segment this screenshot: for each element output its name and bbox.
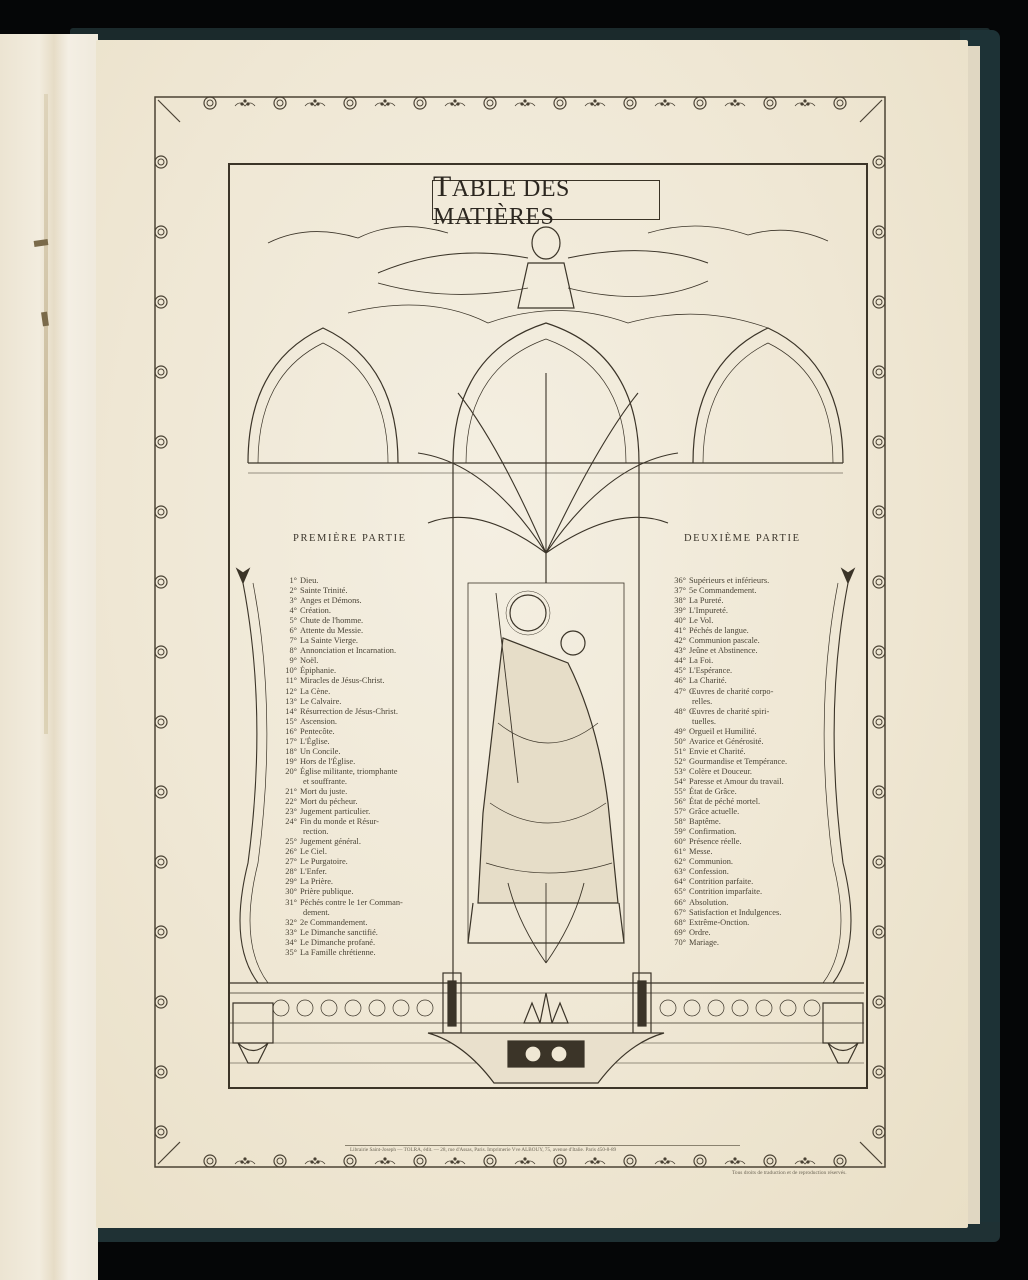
- toc-entry-number: 8°: [283, 646, 297, 656]
- toc-entry: 66°Absolution.: [672, 898, 787, 908]
- imprint-rule: [345, 1145, 740, 1146]
- toc-entry-number: 20°: [283, 767, 297, 777]
- toc-entry: 24°Fin du monde et Résur-: [283, 817, 403, 827]
- toc-entry-title: Mort du pécheur.: [300, 797, 357, 806]
- toc-entry-number: 31°: [283, 898, 297, 908]
- toc-entry: 53°Colère et Douceur.: [672, 767, 787, 777]
- toc-entry-number: 52°: [672, 757, 686, 767]
- toc-entry-number: 12°: [283, 687, 297, 697]
- toc-entry-title: Ordre.: [689, 928, 711, 937]
- page-title: TABLE DES MATIÈRES: [433, 170, 659, 231]
- toc-entry: 59°Confirmation.: [672, 827, 787, 837]
- toc-entry-number: 42°: [672, 636, 686, 646]
- toc-entry-title: La Prière.: [300, 877, 333, 886]
- toc-entry: 26°Le Ciel.: [283, 847, 403, 857]
- toc-entry-number: 23°: [283, 807, 297, 817]
- toc-entry-number: 69°: [672, 928, 686, 938]
- toc-entry: 40°Le Vol.: [672, 616, 787, 626]
- toc-entry-title: Chute de l'homme.: [300, 616, 363, 625]
- toc-entry-title: Jugement particulier.: [300, 807, 370, 816]
- toc-entry-title: Envie et Charité.: [689, 747, 746, 756]
- toc-entry-title: Pentecôte.: [300, 727, 335, 736]
- toc-entry-number: 17°: [283, 737, 297, 747]
- toc-entry-number: 30°: [283, 887, 297, 897]
- toc-entry-number: 56°: [672, 797, 686, 807]
- toc-entry-continuation: et souffrante.: [283, 777, 403, 787]
- toc-entry: 70°Mariage.: [672, 938, 787, 948]
- toc-entry-title: La Charité.: [689, 676, 727, 685]
- toc-entry-number: 61°: [672, 847, 686, 857]
- toc-entry-title: 5e Commandement.: [689, 586, 756, 595]
- deuxieme-partie-list: 36°Supérieurs et inférieurs.37°5e Comman…: [672, 576, 787, 948]
- toc-entry: 44°La Foi.: [672, 656, 787, 666]
- toc-entry: 47°Œuvres de charité corpo-: [672, 687, 787, 697]
- toc-entry-title: Mariage.: [689, 938, 719, 947]
- toc-entry-number: 45°: [672, 666, 686, 676]
- toc-entry-title: Résurrection de Jésus-Christ.: [300, 707, 398, 716]
- toc-entry: 42°Communion pascale.: [672, 636, 787, 646]
- toc-entry: 65°Contrition imparfaite.: [672, 887, 787, 897]
- toc-entry-continuation: rection.: [283, 827, 403, 837]
- toc-entry-number: 57°: [672, 807, 686, 817]
- toc-entry-title: Grâce actuelle.: [689, 807, 739, 816]
- toc-entry: 33°Le Dimanche sanctifié.: [283, 928, 403, 938]
- toc-entry: 37°5e Commandement.: [672, 586, 787, 596]
- toc-entry: 3°Anges et Démons.: [283, 596, 403, 606]
- toc-entry-title: Création.: [300, 606, 331, 615]
- toc-entry-number: 50°: [672, 737, 686, 747]
- toc-entry-title: Jeûne et Abstinence.: [689, 646, 758, 655]
- toc-entry-number: 60°: [672, 837, 686, 847]
- toc-entry-number: 32°: [283, 918, 297, 928]
- toc-entry-title: L'Enfer.: [300, 867, 327, 876]
- toc-entry: 30°Prière publique.: [283, 887, 403, 897]
- toc-entry-number: 3°: [283, 596, 297, 606]
- toc-entry-number: 33°: [283, 928, 297, 938]
- toc-entry-title: Contrition imparfaite.: [689, 887, 762, 896]
- toc-entry-title: L'Église.: [300, 737, 330, 746]
- toc-entry-title: Prière publique.: [300, 887, 354, 896]
- toc-entry-title: Messe.: [689, 847, 713, 856]
- toc-entry: 27°Le Purgatoire.: [283, 857, 403, 867]
- toc-entry: 34°Le Dimanche profané.: [283, 938, 403, 948]
- toc-entry: 32°2e Commandement.: [283, 918, 403, 928]
- toc-entry-title: Paresse et Amour du travail.: [689, 777, 784, 786]
- toc-entry: 36°Supérieurs et inférieurs.: [672, 576, 787, 586]
- left-page-edge: [0, 34, 98, 1280]
- toc-entry-title: Église militante, triomphante: [300, 767, 397, 776]
- toc-entry: 25°Jugement général.: [283, 837, 403, 847]
- toc-entry-title: Confession.: [689, 867, 729, 876]
- toc-entry-title: Mort du juste.: [300, 787, 347, 796]
- toc-entry: 12°La Cène.: [283, 687, 403, 697]
- toc-entry: 28°L'Enfer.: [283, 867, 403, 877]
- toc-entry-number: 29°: [283, 877, 297, 887]
- toc-entry: 68°Extrême-Onction.: [672, 918, 787, 928]
- toc-entry: 29°La Prière.: [283, 877, 403, 887]
- spine-crease: [44, 94, 48, 734]
- toc-entry-title: Fin du monde et Résur-: [300, 817, 379, 826]
- toc-entry-title: Communion.: [689, 857, 733, 866]
- title-scroll: TABLE DES MATIÈRES: [432, 180, 660, 220]
- toc-entry-title: La Cène.: [300, 687, 330, 696]
- toc-entry: 35°La Famille chrétienne.: [283, 948, 403, 958]
- toc-entry: 23°Jugement particulier.: [283, 807, 403, 817]
- toc-entry-number: 7°: [283, 636, 297, 646]
- toc-entry-title: État de péché mortel.: [689, 797, 760, 806]
- toc-entry-number: 25°: [283, 837, 297, 847]
- toc-entry-number: 6°: [283, 626, 297, 636]
- toc-entry: 5°Chute de l'homme.: [283, 616, 403, 626]
- toc-entry: 8°Annonciation et Incarnation.: [283, 646, 403, 656]
- toc-entry-number: 47°: [672, 687, 686, 697]
- toc-entry: 69°Ordre.: [672, 928, 787, 938]
- toc-entry-title: Anges et Démons.: [300, 596, 362, 605]
- rights-notice: Tous droits de traduction et de reproduc…: [732, 1170, 847, 1176]
- toc-entry-number: 53°: [672, 767, 686, 777]
- toc-entry-title: Miracles de Jésus-Christ.: [300, 676, 384, 685]
- toc-entry-number: 18°: [283, 747, 297, 757]
- toc-entry: 48°Œuvres de charité spiri-: [672, 707, 787, 717]
- toc-entry: 2°Sainte Trinité.: [283, 586, 403, 596]
- toc-entry-number: 21°: [283, 787, 297, 797]
- toc-entry: 19°Hors de l'Église.: [283, 757, 403, 767]
- toc-entry-number: 14°: [283, 707, 297, 717]
- toc-entry-number: 35°: [283, 948, 297, 958]
- toc-entry-number: 24°: [283, 817, 297, 827]
- toc-entry: 1°Dieu.: [283, 576, 403, 586]
- toc-entry: 43°Jeûne et Abstinence.: [672, 646, 787, 656]
- toc-entry-number: 34°: [283, 938, 297, 948]
- toc-entry-title: Un Concile.: [300, 747, 340, 756]
- toc-entry: 45°L'Espérance.: [672, 666, 787, 676]
- toc-entry-number: 13°: [283, 697, 297, 707]
- toc-entry: 52°Gourmandise et Tempérance.: [672, 757, 787, 767]
- toc-entry: 11°Miracles de Jésus-Christ.: [283, 676, 403, 686]
- toc-entry-number: 1°: [283, 576, 297, 586]
- toc-entry: 57°Grâce actuelle.: [672, 807, 787, 817]
- toc-entry-title: Dieu.: [300, 576, 318, 585]
- toc-entry-number: 41°: [672, 626, 686, 636]
- toc-entry-number: 70°: [672, 938, 686, 948]
- toc-entry-title: Œuvres de charité corpo-: [689, 687, 773, 696]
- toc-entry-number: 43°: [672, 646, 686, 656]
- toc-entry-number: 10°: [283, 666, 297, 676]
- premiere-partie-list: 1°Dieu.2°Sainte Trinité.3°Anges et Démon…: [283, 576, 403, 958]
- toc-entry-title: La Famille chrétienne.: [300, 948, 376, 957]
- toc-entry: 16°Pentecôte.: [283, 727, 403, 737]
- toc-entry: 21°Mort du juste.: [283, 787, 403, 797]
- toc-entry-number: 55°: [672, 787, 686, 797]
- toc-entry-number: 44°: [672, 656, 686, 666]
- toc-entry-number: 19°: [283, 757, 297, 767]
- toc-entry-number: 67°: [672, 908, 686, 918]
- toc-entry-title: État de Grâce.: [689, 787, 737, 796]
- toc-entry-number: 37°: [672, 586, 686, 596]
- toc-entry-number: 28°: [283, 867, 297, 877]
- toc-entry-title: Contrition parfaite.: [689, 877, 753, 886]
- toc-entry-title: L'Espérance.: [689, 666, 732, 675]
- toc-entry-title: La Pureté.: [689, 596, 723, 605]
- toc-entry-title: Colère et Douceur.: [689, 767, 752, 776]
- toc-entry-title: Épiphanie.: [300, 666, 336, 675]
- toc-entry-number: 38°: [672, 596, 686, 606]
- toc-entry: 67°Satisfaction et Indulgences.: [672, 908, 787, 918]
- toc-entry-title: 2e Commandement.: [300, 918, 367, 927]
- toc-entry-number: 16°: [283, 727, 297, 737]
- toc-entry-number: 63°: [672, 867, 686, 877]
- toc-entry-title: Le Dimanche sanctifié.: [300, 928, 378, 937]
- toc-entry: 31°Péchés contre le 1er Comman-: [283, 898, 403, 908]
- toc-entry: 41°Péchés de langue.: [672, 626, 787, 636]
- toc-entry-continuation: relles.: [672, 697, 787, 707]
- toc-entry-number: 15°: [283, 717, 297, 727]
- toc-entry-title: Confirmation.: [689, 827, 736, 836]
- toc-entry-title: Extrême-Onction.: [689, 918, 749, 927]
- toc-entry-title: La Sainte Vierge.: [300, 636, 358, 645]
- toc-entry-title: Le Vol.: [689, 616, 713, 625]
- toc-entry: 64°Contrition parfaite.: [672, 877, 787, 887]
- toc-entry-title: Noël.: [300, 656, 318, 665]
- toc-entry-title: Annonciation et Incarnation.: [300, 646, 396, 655]
- toc-entry-title: Le Ciel.: [300, 847, 327, 856]
- toc-entry: 56°État de péché mortel.: [672, 797, 787, 807]
- toc-entry: 50°Avarice et Générosité.: [672, 737, 787, 747]
- toc-entry-title: Baptême.: [689, 817, 721, 826]
- toc-entry-continuation: dement.: [283, 908, 403, 918]
- toc-entry-number: 36°: [672, 576, 686, 586]
- toc-entry-title: Avarice et Générosité.: [689, 737, 763, 746]
- toc-entry-number: 22°: [283, 797, 297, 807]
- toc-entry: 17°L'Église.: [283, 737, 403, 747]
- toc-entry: 55°État de Grâce.: [672, 787, 787, 797]
- toc-entry-title: Péchés contre le 1er Comman-: [300, 898, 403, 907]
- toc-entry-title: Le Purgatoire.: [300, 857, 348, 866]
- toc-entry: 63°Confession.: [672, 867, 787, 877]
- toc-entry: 49°Orgueil et Humilité.: [672, 727, 787, 737]
- imprint-text: Librairie Saint-Joseph — TOLRA, édit. — …: [350, 1147, 750, 1153]
- toc-entry: 62°Communion.: [672, 857, 787, 867]
- toc-entry-title: Supérieurs et inférieurs.: [689, 576, 769, 585]
- toc-entry-title: Le Calvaire.: [300, 697, 341, 706]
- toc-entry-title: L'Impureté.: [689, 606, 728, 615]
- toc-entry: 18°Un Concile.: [283, 747, 403, 757]
- toc-entry-number: 65°: [672, 887, 686, 897]
- toc-entry: 9°Noël.: [283, 656, 403, 666]
- deuxieme-partie-heading: DEUXIÈME PARTIE: [684, 533, 801, 544]
- toc-entry-title: Communion pascale.: [689, 636, 760, 645]
- page-stack-edge: [966, 46, 980, 1224]
- toc-entry-number: 26°: [283, 847, 297, 857]
- toc-entry-number: 48°: [672, 707, 686, 717]
- toc-entry-number: 11°: [283, 676, 297, 686]
- toc-entry-number: 68°: [672, 918, 686, 928]
- toc-entry-continuation: tuelles.: [672, 717, 787, 727]
- toc-entry-number: 58°: [672, 817, 686, 827]
- toc-entry-number: 59°: [672, 827, 686, 837]
- toc-entry-number: 46°: [672, 676, 686, 686]
- toc-entry: 4°Création.: [283, 606, 403, 616]
- toc-entry-title: Satisfaction et Indulgences.: [689, 908, 781, 917]
- toc-entry: 61°Messe.: [672, 847, 787, 857]
- toc-entry-number: 54°: [672, 777, 686, 787]
- toc-entry: 10°Épiphanie.: [283, 666, 403, 676]
- toc-entry-title: Absolution.: [689, 898, 728, 907]
- toc-entry-number: 40°: [672, 616, 686, 626]
- toc-entry-number: 66°: [672, 898, 686, 908]
- toc-entry-title: Œuvres de charité spiri-: [689, 707, 769, 716]
- toc-entry-title: Attente du Messie.: [300, 626, 363, 635]
- toc-entry: 7°La Sainte Vierge.: [283, 636, 403, 646]
- toc-entry: 54°Paresse et Amour du travail.: [672, 777, 787, 787]
- toc-entry-title: Orgueil et Humilité.: [689, 727, 757, 736]
- toc-entry: 22°Mort du pécheur.: [283, 797, 403, 807]
- toc-entry: 58°Baptême.: [672, 817, 787, 827]
- toc-entry-number: 51°: [672, 747, 686, 757]
- toc-entry-title: Présence réelle.: [689, 837, 742, 846]
- premiere-partie-heading: PREMIÈRE PARTIE: [293, 533, 407, 544]
- toc-entry: 46°La Charité.: [672, 676, 787, 686]
- toc-entry-number: 49°: [672, 727, 686, 737]
- toc-entry-title: Hors de l'Église.: [300, 757, 355, 766]
- toc-entry: 13°Le Calvaire.: [283, 697, 403, 707]
- toc-entry-title: Gourmandise et Tempérance.: [689, 757, 787, 766]
- toc-entry-title: Péchés de langue.: [689, 626, 749, 635]
- toc-entry: 15°Ascension.: [283, 717, 403, 727]
- toc-entry-number: 5°: [283, 616, 297, 626]
- toc-entry-number: 9°: [283, 656, 297, 666]
- toc-entry: 39°L'Impureté.: [672, 606, 787, 616]
- toc-entry: 38°La Pureté.: [672, 596, 787, 606]
- toc-entry-title: Ascension.: [300, 717, 337, 726]
- toc-entry: 20°Église militante, triomphante: [283, 767, 403, 777]
- toc-entry-title: Jugement général.: [300, 837, 361, 846]
- toc-entry-number: 64°: [672, 877, 686, 887]
- toc-entry-number: 62°: [672, 857, 686, 867]
- toc-entry-number: 39°: [672, 606, 686, 616]
- toc-entry: 51°Envie et Charité.: [672, 747, 787, 757]
- toc-entry: 6°Attente du Messie.: [283, 626, 403, 636]
- toc-entry: 60°Présence réelle.: [672, 837, 787, 847]
- toc-entry-title: La Foi.: [689, 656, 713, 665]
- toc-entry-number: 4°: [283, 606, 297, 616]
- toc-entry-number: 27°: [283, 857, 297, 867]
- toc-entry-title: Le Dimanche profané.: [300, 938, 375, 947]
- toc-entry-number: 2°: [283, 586, 297, 596]
- toc-entry-title: Sainte Trinité.: [300, 586, 347, 595]
- toc-entry: 14°Résurrection de Jésus-Christ.: [283, 707, 403, 717]
